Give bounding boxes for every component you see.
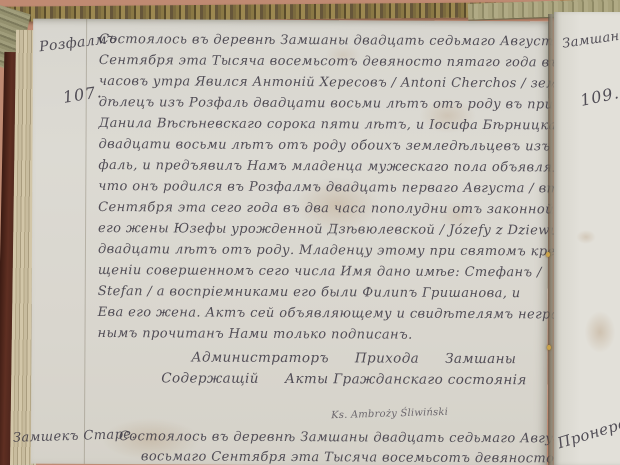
priest-signature: Ks. Ambroży Śliwiński	[331, 407, 448, 421]
binding-stitch	[546, 252, 550, 257]
margin-place-name-2: Замшекъ Старе.	[13, 427, 136, 446]
record-line: фаль, и предъявилъ Намъ младенца мужеска…	[98, 158, 565, 175]
record-line: Данила Вѣсѣневскаго сорока пяти лѣтъ, и …	[99, 116, 572, 133]
binding-stitch	[547, 345, 551, 350]
record-line: дѣлецъ изъ Розфаль двадцати восьми лѣтъ …	[99, 95, 620, 113]
record-line: часовъ утра Явился Антоній Хересовъ / An…	[99, 74, 579, 92]
signature-keeper-word: Содержащій	[161, 370, 259, 387]
signature-line-1: АдминистраторъПриходаЗамшаны	[191, 349, 516, 367]
signature-parish-word: Прихода	[355, 350, 419, 366]
right-page-heading: Замшаны	[561, 27, 620, 51]
record-line: его жены Юзефы урожденной Дзѣвюлевской /…	[98, 221, 609, 239]
right-page-record-number: 109.	[578, 83, 620, 110]
record-line: Состоялось въ деревнѣ Замшаны двадцать с…	[119, 429, 591, 446]
right-page: Замшаны 109. Пронерош	[554, 12, 620, 465]
record-line: Stefan / а воспріемниками его были Филип…	[98, 284, 521, 301]
register-book-photo: Розфалмъ 107. Состоялось въ деревнѣ Замш…	[0, 0, 620, 465]
signature-line-2: СодержащійАкты Гражданскаго состоянія	[161, 370, 526, 388]
record-line: двадцати восьми лѣтъ отъ роду обоихъ зем…	[98, 137, 584, 155]
right-page-text-fragment: Пронерош	[555, 410, 620, 453]
record-line: двадцати лѣтъ отъ роду. Младенцу этому п…	[98, 242, 561, 259]
signature-civil-acts: Акты Гражданскаго состоянія	[285, 371, 527, 388]
record-line: Ева его жена. Актъ сей объявляющему и св…	[98, 305, 596, 323]
margin-record-number: 107.	[62, 82, 104, 107]
record-line: Сентября эта Тысяча восемьсотъ девяносто…	[99, 53, 617, 71]
record-line: Сентября эта сего года въ два часа попол…	[98, 200, 554, 217]
left-page: Розфалмъ 107. Состоялось въ деревнѣ Замш…	[31, 19, 549, 465]
signature-parish-name: Замшаны	[445, 351, 516, 367]
record-line: нымъ прочитанъ Нами только подписанъ.	[97, 326, 412, 343]
record-line: Состоялось въ деревнѣ Замшаны двадцать с…	[99, 32, 620, 50]
signature-role: Администраторъ	[191, 349, 329, 366]
record-line: что онъ родился въ Розфалмъ двадцать пер…	[98, 179, 599, 197]
record-line: восьмаго Сентября эта Тысяча восемьсотъ …	[141, 449, 613, 465]
record-line: щеніи совершенномъ сего числа Имя дано и…	[98, 263, 542, 280]
